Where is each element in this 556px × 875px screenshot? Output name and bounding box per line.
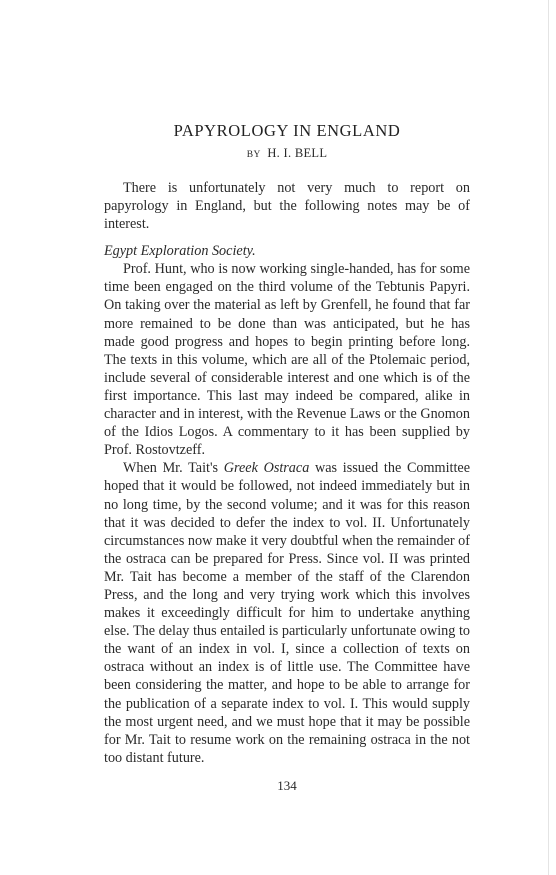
page-title: PAPYROLOGY IN ENGLAND bbox=[104, 120, 470, 142]
page-number: 134 bbox=[104, 778, 470, 794]
paragraph-hunt: Prof. Hunt, who is now working single-ha… bbox=[104, 260, 470, 459]
book-title-greek-ostraca: Greek Ostraca bbox=[224, 460, 310, 476]
intro-paragraph: There is unfortunately not very much to … bbox=[104, 179, 470, 233]
author-name: H. I. BELL bbox=[267, 146, 327, 160]
author-byline: BY H. I. BELL bbox=[104, 145, 470, 163]
section-heading: Egypt Exploration Society. bbox=[104, 242, 470, 260]
scan-edge-line bbox=[548, 0, 549, 875]
paragraph-tait: When Mr. Tait's Greek Ostraca was issued… bbox=[104, 459, 470, 767]
paragraph-tait-lead: When Mr. Tait's bbox=[123, 460, 224, 476]
paragraph-tait-body: was issued the Committee hoped that it w… bbox=[104, 460, 470, 766]
document-page: PAPYROLOGY IN ENGLAND BY H. I. BELL Ther… bbox=[104, 120, 470, 794]
byline-prefix: BY bbox=[247, 150, 261, 160]
